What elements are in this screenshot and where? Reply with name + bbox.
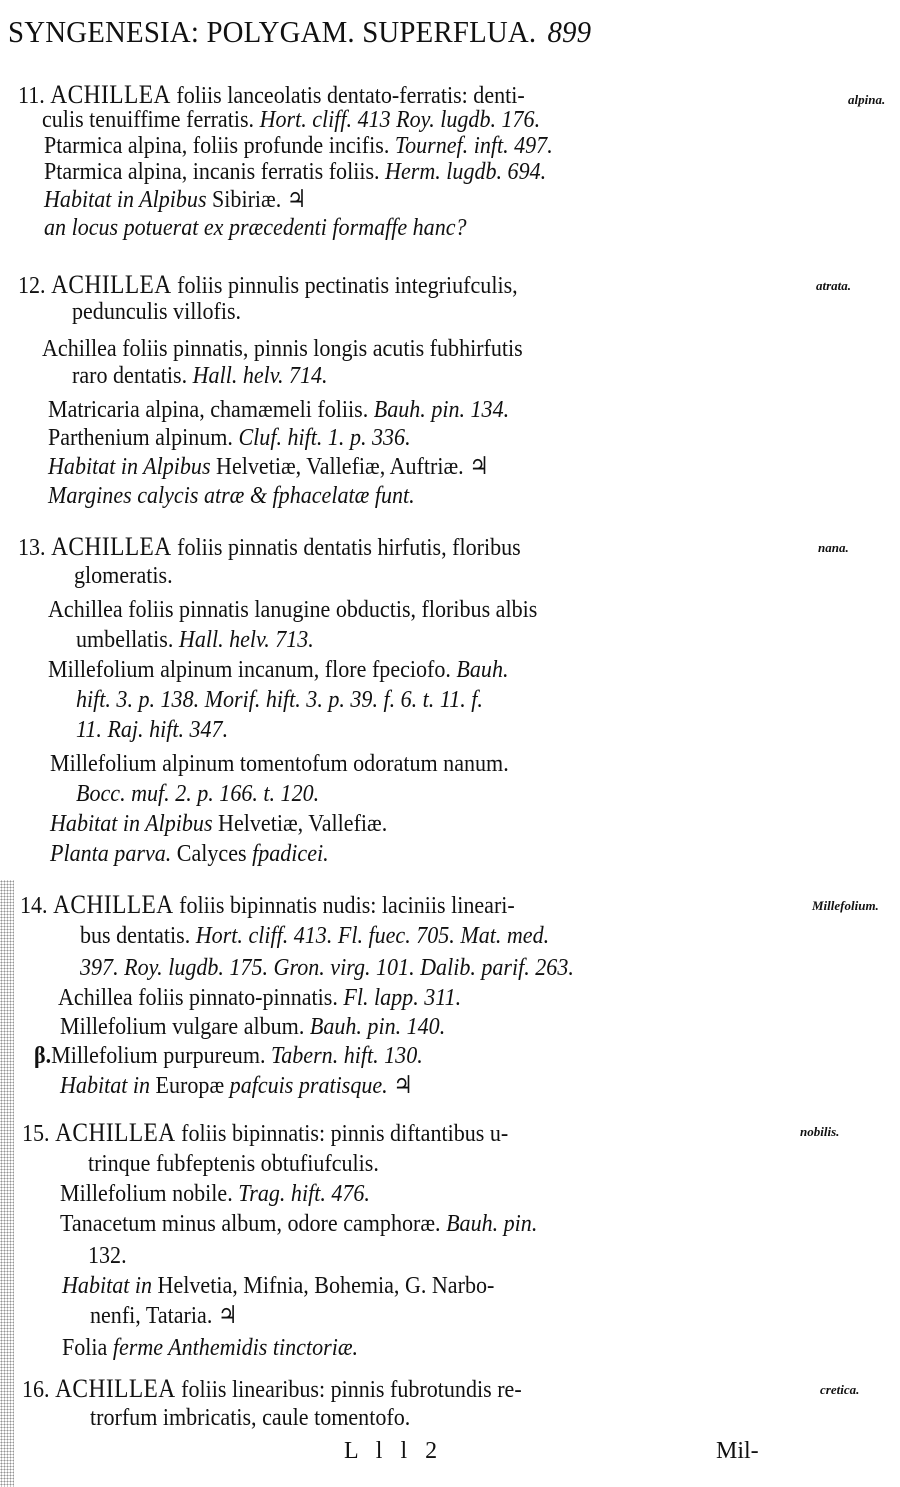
- habitat-label: Habitat in Alpibus: [48, 453, 211, 480]
- citation: Tournef. inft. 497.: [395, 132, 553, 159]
- entry-12-line-5: Matricaria alpina, chamæmeli foliis. Bau…: [48, 398, 509, 423]
- note-text-roman: Folia: [62, 1334, 107, 1361]
- line-text: Achillea foliis pinnatis, pinnis longis …: [42, 335, 523, 362]
- line-text: 132.: [88, 1242, 127, 1269]
- diagnosis-text: foliis pinnulis pectinatis integriufculi…: [177, 272, 518, 299]
- citation: Herm. lugdb. 694.: [385, 158, 546, 185]
- entry-15-line-2: trinque fubfeptenis obtufiufculis.: [88, 1152, 379, 1177]
- note-text-italic: ferme Anthemidis tinctoriæ.: [113, 1334, 358, 1361]
- entry-16-line-1: 16. ACHILLEA foliis linearibus: pinnis f…: [22, 1376, 522, 1403]
- citation: Tabern. hift. 130.: [271, 1042, 423, 1069]
- line-text: Matricaria alpina, chamæmeli foliis.: [48, 396, 368, 423]
- line-text: Millefolium vulgare album.: [60, 1013, 304, 1040]
- line-text: Achillea foliis pinnatis lanugine obduct…: [48, 596, 537, 623]
- entry-13-line-6: hift. 3. p. 138. Morif. hift. 3. p. 39. …: [76, 688, 483, 713]
- entry-11-line-2: culis tenuiffime ferratis. Hort. cliff. …: [42, 108, 540, 133]
- line-text: glomeratis.: [74, 562, 173, 589]
- citation: Fl. lapp. 311.: [343, 984, 461, 1011]
- entry-14-line-1: 14. ACHILLEA foliis bipinnatis nudis: la…: [20, 892, 515, 919]
- citation: 397. Roy. lugdb. 175. Gron. virg. 101. D…: [80, 954, 574, 981]
- citation: Trag. hift. 476.: [238, 1180, 370, 1207]
- citation: hift. 3. p. 138. Morif. hift. 3. p. 39. …: [76, 686, 483, 713]
- entry-13-line-5: Millefolium alpinum incanum, flore fpeci…: [48, 658, 508, 683]
- entry-15-line-1: 15. ACHILLEA foliis bipinnatis: pinnis d…: [22, 1120, 508, 1147]
- line-text: culis tenuiffime ferratis.: [42, 106, 254, 133]
- note-text-italic: fpadicei.: [252, 840, 329, 867]
- page-number: 899: [547, 14, 591, 49]
- entry-number: 14.: [20, 892, 48, 919]
- entry-14-habitat: Habitat in Europæ pafcuis pratisque. ♃: [60, 1074, 413, 1099]
- entry-13-line-3: Achillea foliis pinnatis lanugine obduct…: [48, 598, 537, 623]
- citation: Cluf. hift. 1. p. 336.: [238, 424, 410, 451]
- trivial-name-millefolium: Millefolium.: [812, 898, 879, 914]
- running-header: SYNGENESIA: POLYGAM. SUPERFLUA.899: [8, 14, 591, 50]
- entry-14-line-4: Achillea foliis pinnato-pinnatis. Fl. la…: [58, 986, 461, 1011]
- note-text: Planta parva.: [50, 840, 171, 867]
- citation: Bauh. pin. 140.: [310, 1013, 445, 1040]
- trivial-name-nana: nana.: [818, 540, 849, 556]
- note-text: an locus potuerat ex præcedenti formaffe…: [44, 214, 467, 241]
- entry-15-habitat: Habitat in Helvetia, Mifnia, Bohemia, G.…: [62, 1274, 494, 1299]
- genus-name: ACHILLEA: [50, 80, 171, 109]
- trivial-name-cretica: cretica.: [820, 1382, 859, 1398]
- note-text-roman: Calyces: [177, 840, 247, 867]
- entry-13-line-2: glomeratis.: [74, 564, 173, 589]
- note-text: Margines calycis atræ & fphacelatæ funt.: [48, 482, 415, 509]
- habitat-place: Sibiriæ. ♃: [212, 186, 307, 213]
- entry-11-line-3: Ptarmica alpina, foliis profunde incifis…: [44, 134, 553, 159]
- entry-number: 11.: [18, 82, 45, 109]
- entry-number: 13.: [18, 534, 46, 561]
- citation: Hall. helv. 713.: [179, 626, 314, 653]
- line-text: Achillea foliis pinnato-pinnatis.: [58, 984, 338, 1011]
- entry-13-note: Planta parva. Calyces fpadicei.: [50, 842, 329, 867]
- diagnosis-text: foliis lanceolatis dentato-ferratis: den…: [176, 82, 524, 109]
- line-text: nenfi, Tataria. ♃: [90, 1302, 238, 1329]
- line-text: pedunculis villofis.: [72, 298, 241, 325]
- entry-11-habitat: Habitat in Alpibus Sibiriæ. ♃: [44, 188, 307, 213]
- variety-marker: β.: [34, 1042, 51, 1069]
- line-text: umbellatis.: [76, 626, 173, 653]
- citation: Hort. cliff. 413. Fl. fuec. 705. Mat. me…: [196, 922, 549, 949]
- line-text: Parthenium alpinum.: [48, 424, 233, 451]
- entry-16-line-2: trorfum imbricatis, caule tomentofo.: [90, 1406, 410, 1431]
- habitat-label: Habitat in: [62, 1272, 152, 1299]
- genus-name: ACHILLEA: [53, 890, 174, 919]
- entry-15-line-3: Millefolium nobile. Trag. hift. 476.: [60, 1182, 370, 1207]
- entry-11-line-1: 11. ACHILLEA foliis lanceolatis dentato-…: [18, 82, 525, 109]
- line-text: raro dentatis.: [72, 362, 187, 389]
- diagnosis-text: foliis pinnatis dentatis hirfutis, flori…: [177, 534, 521, 561]
- genus-name: ACHILLEA: [55, 1118, 176, 1147]
- entry-11-line-4: Ptarmica alpina, incanis ferratis foliis…: [44, 160, 546, 185]
- diagnosis-text: foliis bipinnatis: pinnis diftantibus u-: [181, 1120, 508, 1147]
- habitat-label: Habitat in Alpibus: [44, 186, 207, 213]
- line-text: Millefolium alpinum incanum, flore fpeci…: [48, 656, 451, 683]
- entry-13-line-8: Millefolium alpinum tomentofum odoratum …: [50, 752, 509, 777]
- line-text: Tanacetum minus album, odore camphoræ.: [60, 1210, 441, 1237]
- entry-13-line-9: Bocc. muf. 2. p. 166. t. 120.: [76, 782, 319, 807]
- habitat-place: Helvetiæ, Vallefiæ.: [218, 810, 387, 837]
- entry-12-line-1: 12. ACHILLEA foliis pinnulis pectinatis …: [18, 272, 518, 299]
- habitat-label: Habitat in Alpibus: [50, 810, 213, 837]
- trivial-name-nobilis: nobilis.: [800, 1124, 839, 1140]
- entry-12-line-3: Achillea foliis pinnatis, pinnis longis …: [42, 337, 523, 362]
- citation: Hort. cliff. 413 Roy. lugdb. 176.: [260, 106, 541, 133]
- entry-11-note: an locus potuerat ex præcedenti formaffe…: [44, 216, 467, 241]
- habitat-detail: pafcuis pratisque. ♃: [230, 1072, 413, 1099]
- entry-number: 15.: [22, 1120, 50, 1147]
- entry-15-note: Folia ferme Anthemidis tinctoriæ.: [62, 1336, 358, 1361]
- habitat-place: Europæ: [156, 1072, 225, 1099]
- entry-12-habitat: Habitat in Alpibus Helvetiæ, Vallefiæ, A…: [48, 455, 489, 480]
- entry-13-line-1: 13. ACHILLEA foliis pinnatis dentatis hi…: [18, 534, 521, 561]
- citation: Bocc. muf. 2. p. 166. t. 120.: [76, 780, 319, 807]
- genus-name: ACHILLEA: [51, 532, 172, 561]
- entry-15-line-4: Tanacetum minus album, odore camphoræ. B…: [60, 1212, 537, 1237]
- running-title: SYNGENESIA: POLYGAM. SUPERFLUA.: [8, 14, 536, 49]
- entry-number: 16.: [22, 1376, 50, 1403]
- entry-14-line-3: 397. Roy. lugdb. 175. Gron. virg. 101. D…: [80, 956, 574, 981]
- entry-15-line-5: 132.: [88, 1244, 127, 1269]
- entry-12-line-6: Parthenium alpinum. Cluf. hift. 1. p. 33…: [48, 426, 411, 451]
- trivial-name-atrata: atrata.: [816, 278, 851, 294]
- line-text: Ptarmica alpina, foliis profunde incifis…: [44, 132, 389, 159]
- signature-mark: L l l 2: [344, 1438, 443, 1465]
- line-text: Millefolium alpinum tomentofum odoratum …: [50, 750, 509, 777]
- entry-14-line-6-variety-beta: β.Millefolium purpureum. Tabern. hift. 1…: [34, 1044, 423, 1069]
- entry-number: 12.: [18, 272, 46, 299]
- line-text: Ptarmica alpina, incanis ferratis foliis…: [44, 158, 380, 185]
- entry-13-line-4: umbellatis. Hall. helv. 713.: [76, 628, 314, 653]
- line-text: trorfum imbricatis, caule tomentofo.: [90, 1404, 410, 1431]
- line-text: Millefolium nobile.: [60, 1180, 233, 1207]
- citation: Bauh. pin. 134.: [374, 396, 509, 423]
- citation: 11. Raj. hift. 347.: [76, 716, 228, 743]
- citation: Hall. helv. 714.: [193, 362, 328, 389]
- entry-12-line-2: pedunculis villofis.: [72, 300, 241, 325]
- entry-13-habitat: Habitat in Alpibus Helvetiæ, Vallefiæ.: [50, 812, 387, 837]
- line-text: trinque fubfeptenis obtufiufculis.: [88, 1150, 379, 1177]
- entry-15-line-7: nenfi, Tataria. ♃: [90, 1304, 238, 1329]
- entry-12-note: Margines calycis atræ & fphacelatæ funt.: [48, 484, 415, 509]
- page-edge-scan-noise: [0, 880, 14, 1487]
- habitat-label: Habitat in: [60, 1072, 150, 1099]
- citation: Bauh. pin.: [446, 1210, 537, 1237]
- habitat-place: Helvetiæ, Vallefiæ, Auftriæ. ♃: [216, 453, 489, 480]
- genus-name: ACHILLEA: [55, 1374, 176, 1403]
- line-text: bus dentatis.: [80, 922, 190, 949]
- diagnosis-text: foliis bipinnatis nudis: laciniis linear…: [179, 892, 515, 919]
- genus-name: ACHILLEA: [51, 270, 172, 299]
- trivial-name-alpina: alpina.: [848, 92, 885, 108]
- entry-14-line-5: Millefolium vulgare album. Bauh. pin. 14…: [60, 1015, 445, 1040]
- entry-13-line-7: 11. Raj. hift. 347.: [76, 718, 228, 743]
- entry-12-line-4: raro dentatis. Hall. helv. 714.: [72, 364, 328, 389]
- diagnosis-text: foliis linearibus: pinnis fubrotundis re…: [181, 1376, 522, 1403]
- catchword: Mil-: [716, 1438, 759, 1465]
- citation: Bauh.: [456, 656, 508, 683]
- line-text: Millefolium purpureum.: [51, 1042, 265, 1069]
- habitat-place: Helvetia, Mifnia, Bohemia, G. Narbo-: [158, 1272, 495, 1299]
- entry-14-line-2: bus dentatis. Hort. cliff. 413. Fl. fuec…: [80, 924, 549, 949]
